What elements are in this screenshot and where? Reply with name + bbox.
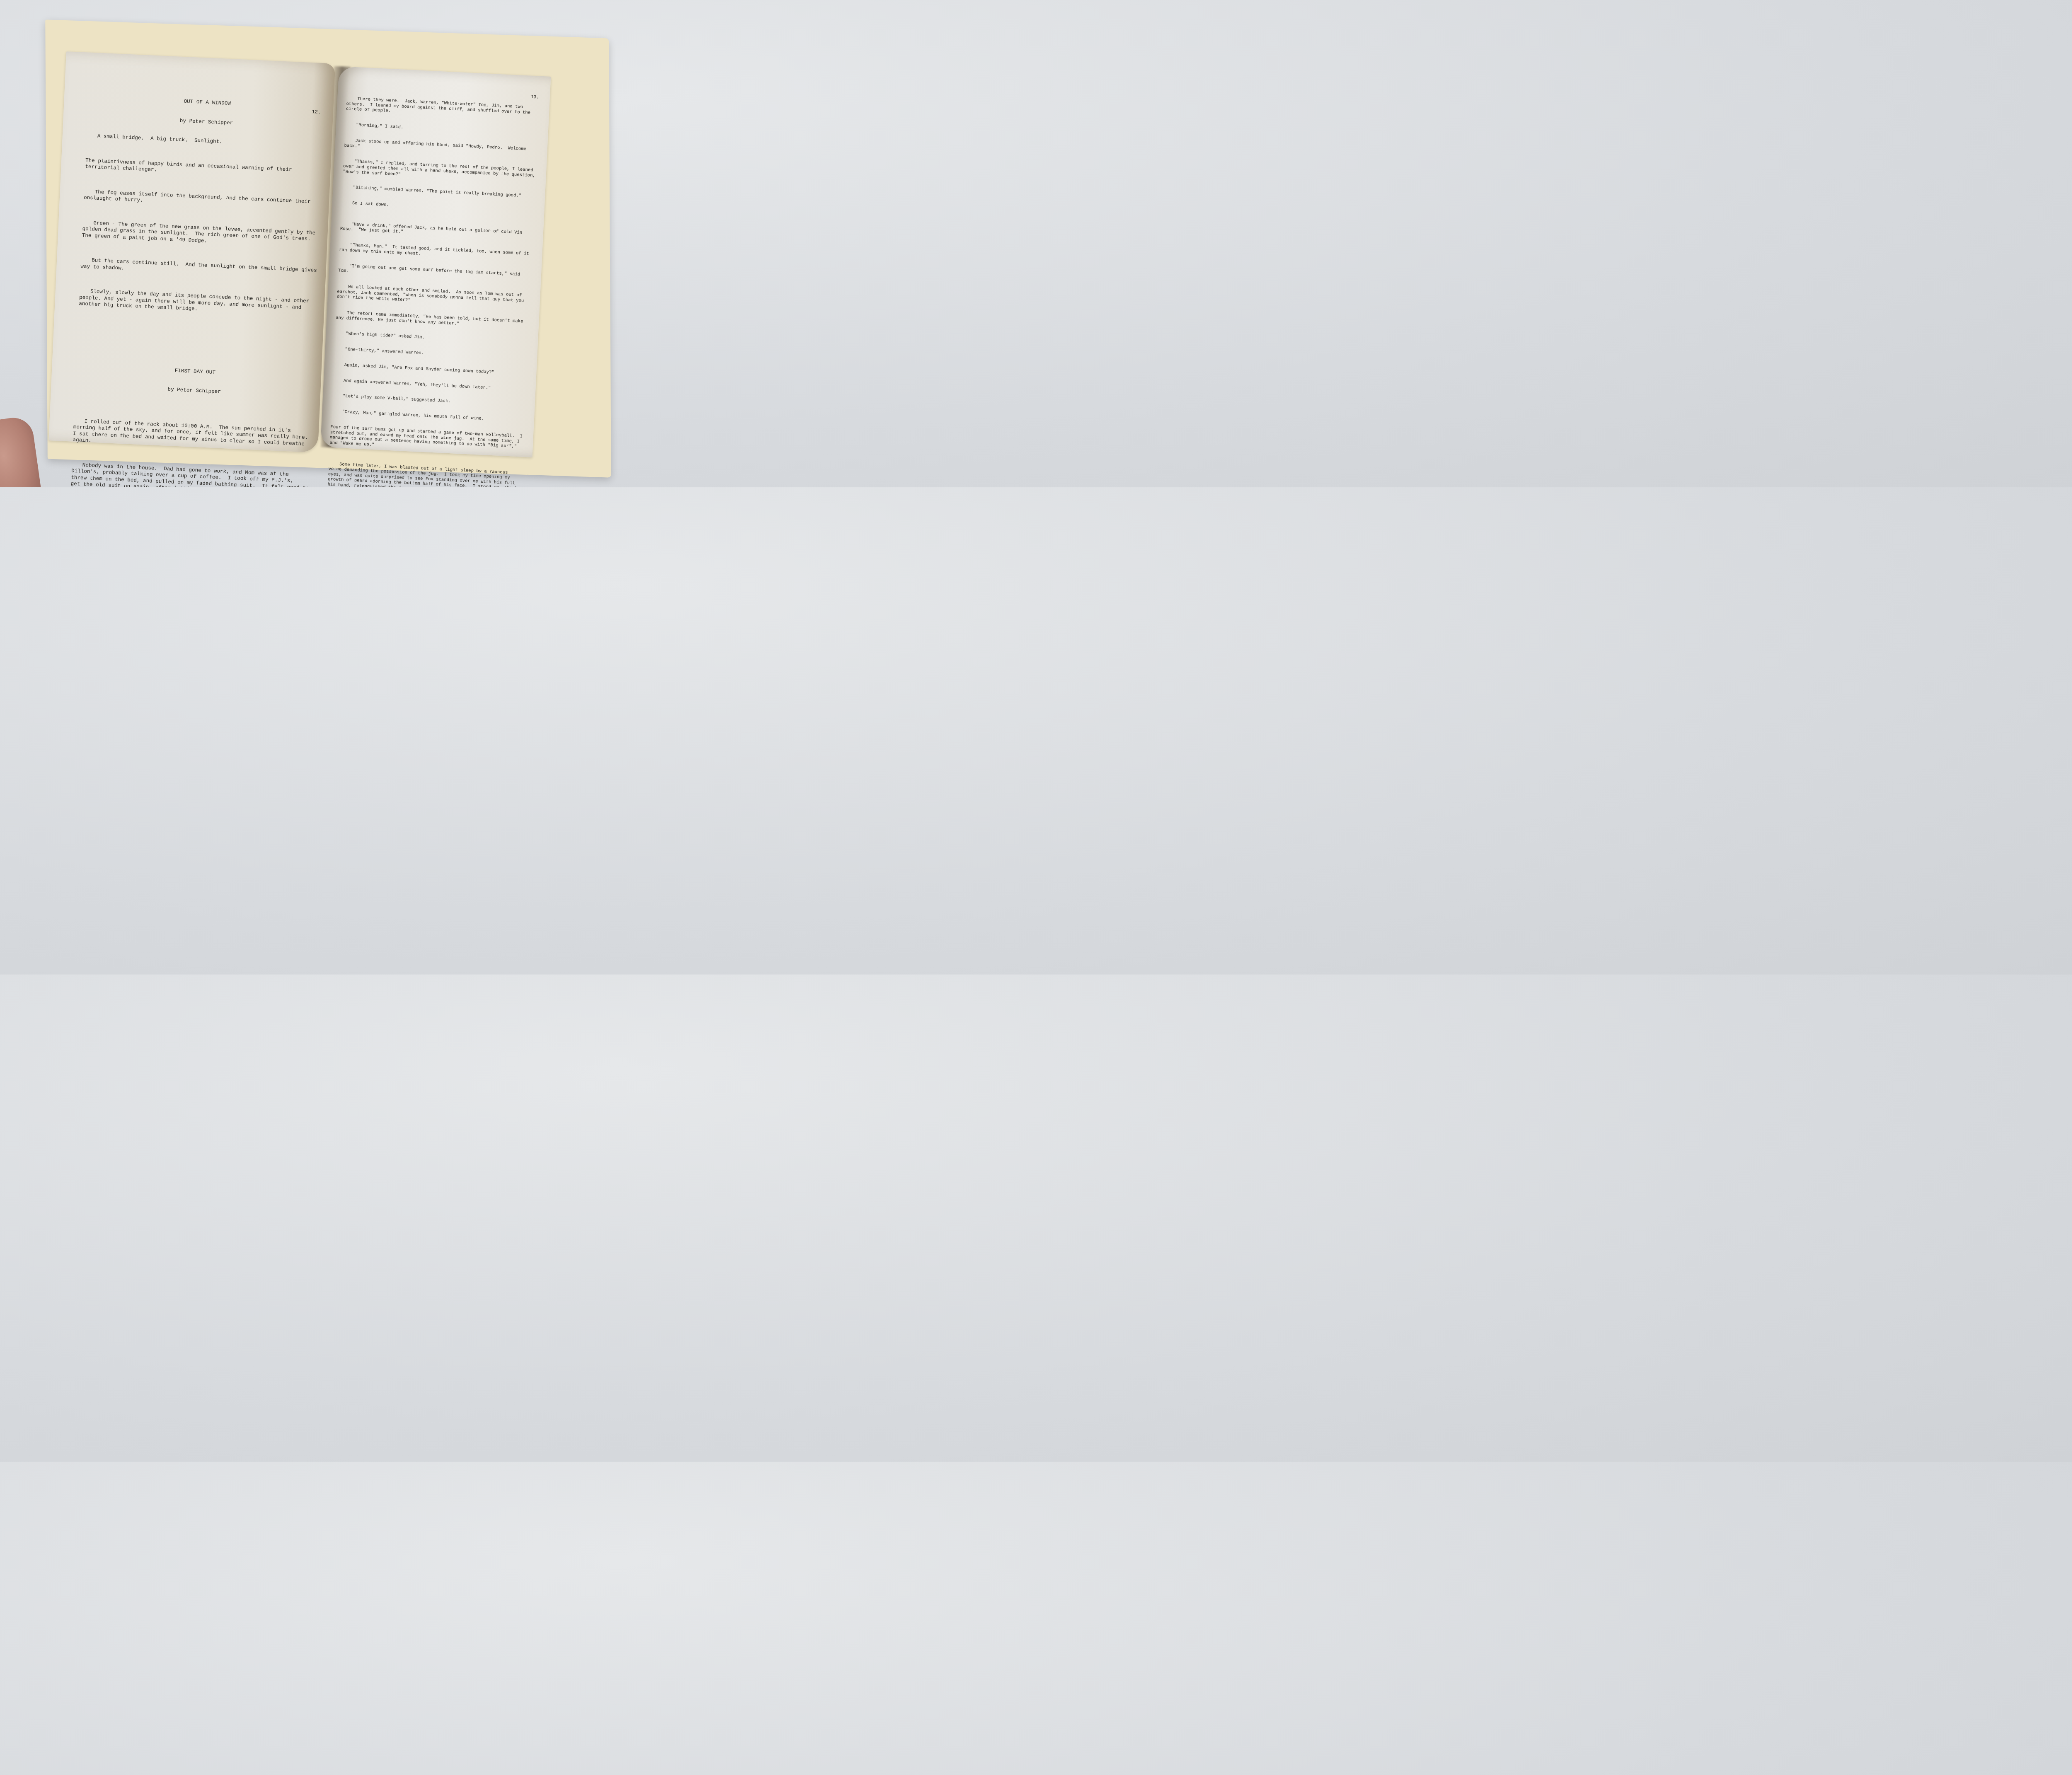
paragraph: We all looked at each other and smiled. … [336,284,532,309]
paragraph: But the cars continue still. And the sun… [80,257,319,281]
left-page: 12. OUT OF A WINDOW by Peter Schipper A … [48,51,335,453]
paragraph: "Morning," I said. [345,122,540,137]
paragraph: Slowly, slowly the day and its people co… [79,288,318,318]
paragraph: The retort came immediately, "He has bee… [336,310,531,330]
right-page: 13. There they were. Jack, Warren, "Whit… [320,66,551,457]
story-title: OUT OF A WINDOW [88,94,327,112]
story-byline: by Peter Schipper [87,114,326,131]
hand-holding-booklet [0,415,44,487]
paragraph: A small bridge. A big truck. Sunlight. [86,133,324,150]
paragraph: "Bitching," mumbled Warren, "The point i… [342,185,537,200]
story-title: FIRST DAY OUT [76,363,314,380]
story-byline: by Peter Schipper [75,382,313,400]
paragraph: "Let's play some V-ball," suggested Jack… [332,394,527,409]
paragraph: There they were. Jack, Warren, "White-wa… [346,96,541,121]
paragraph: "Thanks, Man." It tasted good, and it ti… [339,242,534,262]
paragraph: Again, asked Jim, "Are Fox and Snyder co… [333,362,528,377]
paragraph: "I'm going out and get some surf before … [338,263,533,283]
paragraph: So I sat down. [341,201,536,215]
paragraph: I rolled out of the rack about 10:00 A.M… [73,418,312,454]
paragraph: "One-thirty," answered Warren. [334,346,529,361]
paragraph: "Have a drink," offered Jack, as he held… [340,221,535,241]
paragraph: Some time later, I was blasted out of a … [326,461,523,487]
paragraph: Four of the surf bums got up and started… [329,425,525,455]
paragraph: "Crazy, Man," garlgled Warren, his mouth… [331,409,526,424]
paragraph: Nobody was in the house. Dad had gone to… [70,462,310,487]
paragraph: The fog eases itself into the background… [84,189,322,212]
paragraph: The plaintivness of happy birds and an o… [85,157,324,181]
paragraph: And again answered Warren, "Yeh, they'll… [333,378,528,393]
paragraph: Jack stood up and offering his hand, sai… [344,138,539,158]
paragraph: Green - The green of the new grass on th… [82,220,321,250]
paragraph: "When's high tide?" asked Jim. [335,331,530,346]
left-page-text: OUT OF A WINDOW by Peter Schipper A smal… [61,82,327,487]
right-page-text: There they were. Jack, Warren, "White-wa… [315,86,542,487]
paragraph: "Thanks," I replied, and turning to the … [343,159,538,184]
